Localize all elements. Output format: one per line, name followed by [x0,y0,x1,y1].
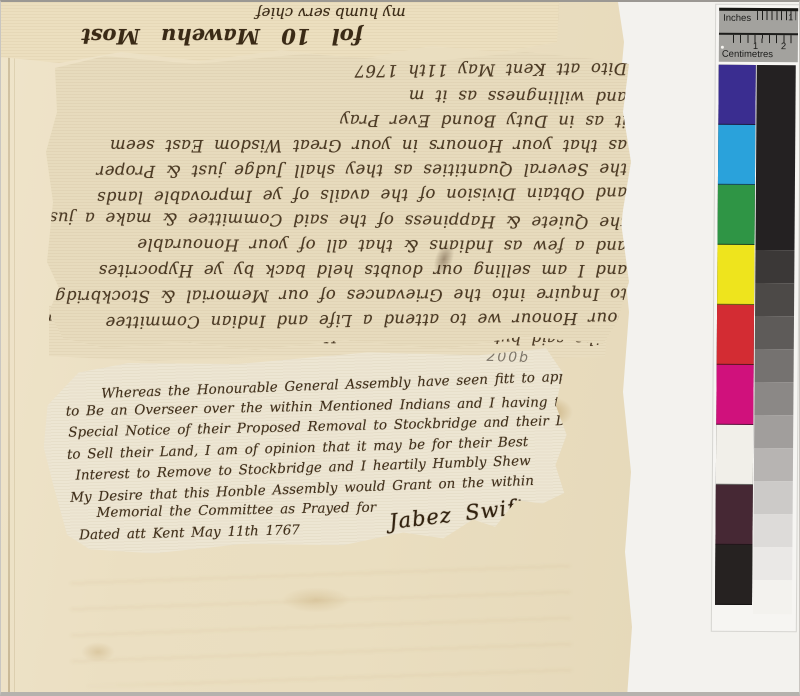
ink-bleed-through [70,558,572,687]
archival-photograph: my humb serv chief fol 10 Mawehu Most Di… [0,0,800,696]
gray-step-9 [753,514,792,547]
color-patches [715,65,756,605]
inverted-manuscript-line: it as in Duty Bound Ever Pray [107,107,627,134]
gray-step-2 [755,283,794,316]
gray-step-4 [755,349,794,382]
gray-step-11 [753,580,792,614]
inverted-manuscript-line: the Several Quantities as they shall Jud… [59,157,627,184]
inverted-manuscript-line: to Inquire into the Grievances of our Me… [59,282,627,309]
patch-red [717,305,754,365]
gray-step-10 [753,547,792,580]
patch-green [718,185,755,245]
gray-step-8 [754,481,793,514]
patch-cyan-blue [718,125,755,185]
inverted-manuscript-line: and a few as Indians & that all of your … [69,232,627,259]
color-calibration-target: Inches 1 1 2 Centimetres [711,4,800,633]
gray-step-3 [755,316,794,349]
ruler-scale: Inches 1 1 2 Centimetres [719,8,798,63]
patch-magenta [716,365,753,425]
cm-tick-marks [733,35,796,43]
inverted-manuscript-line: and I am selling our doubts held back by… [61,258,627,283]
inverted-manuscript-line: fol 10 Mawehu Most [81,24,363,49]
cm-number-2: 2 [781,41,786,52]
inverted-manuscript-line: the Quiete & Happiness of the said Commi… [59,206,627,236]
inches-label: Inches [723,13,753,24]
gray-step-0 [755,65,795,250]
patch-indigo [718,65,755,125]
inverted-letter-sheet: Dito att Kent May 11th 1767and willingne… [45,52,637,352]
gray-step-6 [754,415,793,448]
patch-maroon [715,485,752,545]
gray-step-1 [755,250,794,283]
patch-black [715,545,752,605]
inverted-manuscript-line: my humb serv chief [256,4,406,22]
inverted-manuscript-line: as that your Honours in your Great Wisdo… [75,133,627,158]
inch-number: 1 [788,12,793,22]
gray-step-7 [754,448,793,481]
patch-yellow [717,245,754,305]
gray-step-5 [754,382,793,415]
patch-white [716,425,753,485]
grayscale-wedge [753,65,796,614]
centimetres-label: Centimetres [722,49,773,60]
inverted-manuscript-line: and willingness as it m [119,81,627,110]
inverted-manuscript-line: your Honour we to attend a Life and Indi… [81,306,627,336]
